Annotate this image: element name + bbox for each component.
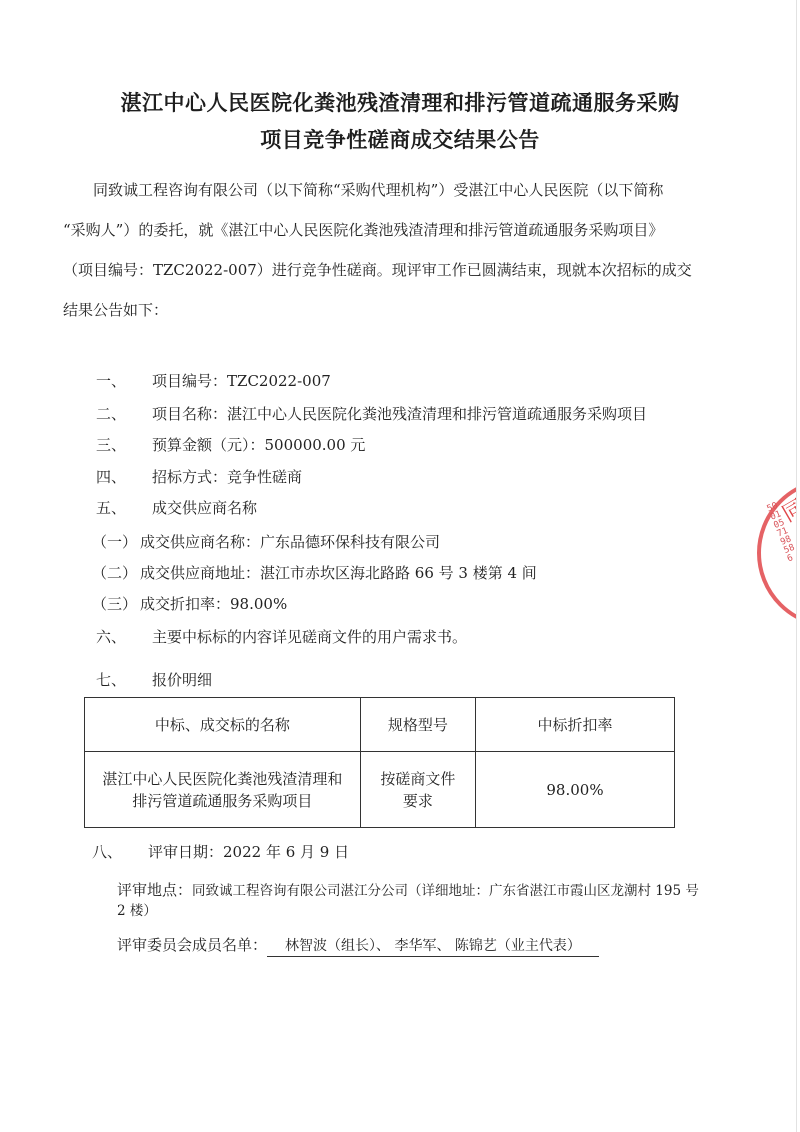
item-label: 报价明细 [152, 671, 212, 689]
item-number: 四、 [96, 467, 152, 487]
item-tender-method: 四、招标方式：竞争性磋商 [96, 467, 302, 487]
item-supplier-name: （一）成交供应商名称：广东品德环保科技有限公司 [96, 532, 440, 552]
item-label: 成交折扣率： [140, 595, 230, 613]
review-location-label: 评审地点： [117, 881, 192, 899]
review-committee-members: 林智波（组长）、 李华军、 陈锦艺（业主代表） [267, 935, 599, 957]
item-discount-rate: （三）成交折扣率：98.00% [96, 594, 287, 614]
item-number: 一、 [96, 371, 152, 391]
item-value: 98.00% [230, 595, 287, 613]
review-committee: 评审委员会成员名单：林智波（组长）、 李华军、 陈锦艺（业主代表） [117, 934, 599, 957]
intro-line: 同致诚工程咨询有限公司（以下简称“采购代理机构”）受湛江中心人民医院（以下简称 [63, 170, 743, 210]
page-edge [796, 0, 797, 1132]
table-row: 湛江中心人民医院化粪池残渣清理和 排污管道疏通服务采购项目 按磋商文件 要求 9… [85, 752, 675, 828]
cell-text: 要求 [367, 790, 469, 812]
item-label: 评审日期： [148, 843, 223, 861]
item-label: 预算金额（元）： [152, 436, 265, 454]
header-spec: 规格型号 [360, 698, 475, 752]
item-value: 竞争性磋商 [227, 468, 302, 486]
review-location-value-cont: 2 楼） [117, 901, 699, 921]
item-number: （三） [92, 594, 140, 614]
item-value: 湛江中心人民医院化粪池残渣清理和排污管道疏通服务采购项目 [227, 405, 647, 423]
item-project-name: 二、项目名称：湛江中心人民医院化粪池残渣清理和排污管道疏通服务采购项目 [96, 404, 647, 424]
cell-spec: 按磋商文件 要求 [360, 752, 475, 828]
item-number: 六、 [96, 627, 152, 647]
official-seal: 同 5001057198586 [740, 460, 796, 650]
item-value: 广东品德环保科技有限公司 [260, 533, 440, 551]
item-number: （一） [92, 532, 140, 552]
item-label: 招标方式： [152, 468, 227, 486]
item-value: 2022 年 6 月 9 日 [223, 843, 349, 861]
item-review-date: 八、评审日期：2022 年 6 月 9 日 [92, 842, 349, 862]
item-number: 八、 [92, 842, 148, 862]
intro-line: “采购人”）的委托，就《湛江中心人民医院化粪池残渣清理和排污管道疏通服务采购项目… [63, 210, 743, 250]
intro-line: （项目编号：TZC2022-007）进行竞争性磋商。现评审工作已圆满结束，现就本… [63, 250, 743, 290]
item-number: 七、 [96, 670, 152, 690]
item-main-content: 六、主要中标标的内容详见磋商文件的用户需求书。 [96, 627, 467, 647]
header-discount-rate: 中标折扣率 [476, 698, 675, 752]
item-number: 二、 [96, 404, 152, 424]
review-location-value: 同致诚工程咨询有限公司湛江分公司（详细地址：广东省湛江市霞山区龙潮村 195 号 [192, 883, 699, 899]
cell-text: 排污管道疏通服务采购项目 [91, 790, 354, 812]
document-title-line2: 项目竞争性磋商成交结果公告 [0, 124, 800, 154]
item-label: 项目名称： [152, 405, 227, 423]
item-label: 主要中标标的内容详见磋商文件的用户需求书。 [152, 628, 467, 646]
intro-paragraph: 同致诚工程咨询有限公司（以下简称“采购代理机构”）受湛江中心人民医院（以下简称 … [63, 170, 743, 330]
item-value: 湛江市赤坎区海北路路 66 号 3 楼第 4 间 [260, 564, 537, 582]
quote-table: 中标、成交标的名称 规格型号 中标折扣率 湛江中心人民医院化粪池残渣清理和 排污… [84, 697, 675, 828]
intro-line: 结果公告如下： [63, 290, 743, 330]
header-item-name: 中标、成交标的名称 [85, 698, 361, 752]
cell-text: 按磋商文件 [367, 768, 469, 790]
item-label: 成交供应商名称： [140, 533, 260, 551]
item-supplier-heading: 五、成交供应商名称 [96, 498, 257, 518]
item-label: 成交供应商名称 [152, 499, 257, 517]
item-label: 项目编号： [152, 372, 227, 390]
document-title-line1: 湛江中心人民医院化粪池残渣清理和排污管道疏通服务采购 [0, 87, 800, 117]
item-quote-details: 七、报价明细 [96, 670, 212, 690]
item-number: 三、 [96, 435, 152, 455]
item-supplier-address: （二）成交供应商地址：湛江市赤坎区海北路路 66 号 3 楼第 4 间 [96, 563, 537, 583]
item-value: 500000.00 元 [265, 436, 366, 454]
cell-text: 湛江中心人民医院化粪池残渣清理和 [91, 768, 354, 790]
table-header-row: 中标、成交标的名称 规格型号 中标折扣率 [85, 698, 675, 752]
cell-discount-rate: 98.00% [476, 752, 675, 828]
cell-item-name: 湛江中心人民医院化粪池残渣清理和 排污管道疏通服务采购项目 [85, 752, 361, 828]
review-committee-label: 评审委员会成员名单： [117, 936, 267, 954]
item-label: 成交供应商地址： [140, 564, 260, 582]
item-project-number: 一、项目编号：TZC2022-007 [96, 371, 331, 391]
item-number: （二） [92, 563, 140, 583]
review-location: 评审地点：同致诚工程咨询有限公司湛江分公司（详细地址：广东省湛江市霞山区龙潮村 … [117, 880, 699, 921]
item-number: 五、 [96, 498, 152, 518]
item-budget: 三、预算金额（元）：500000.00 元 [96, 435, 365, 455]
item-value: TZC2022-007 [227, 372, 331, 390]
